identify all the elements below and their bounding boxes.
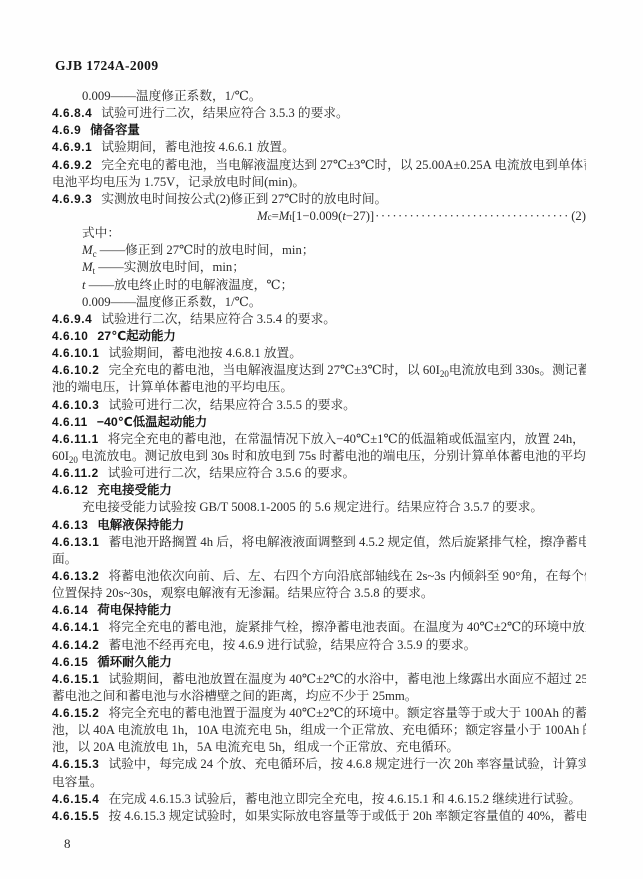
equation-number: (2) [571, 208, 586, 225]
text-segment: 将完全充电的蓄电池，旋紧排气栓，擦净蓄电池表面。在温度为 40℃±2℃的环境中放… [108, 620, 586, 634]
text-line: 4.6.13电解液保持能力 [52, 517, 586, 534]
text-line: 4.6.9储备容量 [52, 122, 586, 139]
text-line: 池，以 20A 电流放电 1h，5A 电流充电 5h，组成一个正常放、充电循环。 [52, 739, 586, 756]
text-segment: 电流放电。测记放电到 30s 时和放电到 75s 时蓄电池的端电压，分别计算单体… [78, 449, 586, 463]
text-segment: 位置保持 20s~30s，观察电解液有无渗漏。结果应符合 3.5.8 的要求。 [52, 586, 434, 600]
clause-number: 4.6.11.1 [52, 432, 99, 446]
clause-number: 4.6.15.5 [52, 809, 99, 823]
text-line: 4.6.9.2完全充电的蓄电池，当电解液温度达到 27℃±3℃时，以 25.00… [52, 157, 586, 174]
heading-text: 荷电保持能力 [97, 603, 171, 617]
text-segment: 按 4.6.15.3 规定试验时，如果实际放电容量等于或低于 20h 率额定容量… [108, 809, 586, 823]
text-segment: 蓄电池之间和蓄电池与水浴槽壁之间的距离，均应不少于 25mm。 [52, 689, 417, 703]
text-line: 0.009——温度修正系数，1/℃。 [52, 294, 586, 311]
clause-number: 4.6.15.4 [52, 792, 99, 806]
text-segment: 池，以 20A 电流放电 1h，5A 电流充电 5h，组成一个正常放、充电循环。 [52, 740, 459, 754]
text-segment: 电容量。 [52, 775, 103, 789]
clause-number: 4.6.13.2 [52, 569, 99, 583]
clause-number: 4.6.9 [52, 123, 81, 137]
text-line: 4.6.10.2完全充电的蓄电池，当电解液温度达到 27℃±3℃时，以 60I2… [52, 362, 586, 379]
clause-number: 4.6.14 [52, 603, 88, 617]
subscript: 20 [440, 369, 449, 379]
text-segment: 蓄电池开路搁置 4h 后，将电解液液面调整到 4.5.2 规定值，然后旋紧排气栓… [108, 535, 586, 549]
text-line: 4.6.14荷电保持能力 [52, 602, 586, 619]
text-line: 4.6.10.3试验可进行二次，结果应符合 3.5.5 的要求。 [52, 397, 586, 414]
text-line: 式中： [52, 225, 586, 242]
text-line: 4.6.15.5按 4.6.15.3 规定试验时，如果实际放电容量等于或低于 2… [52, 808, 586, 825]
text-segment: −27)] [346, 208, 374, 225]
clause-number: 4.6.15.3 [52, 757, 99, 771]
text-segment: 试验可进行二次，结果应符合 3.5.6 的要求。 [108, 466, 355, 480]
variable-symbol: M [82, 243, 93, 257]
heading-text: 充电接受能力 [97, 483, 171, 497]
text-line: 60I20 电流放电。测记放电到 30s 时和放电到 75s 时蓄电池的端电压，… [52, 448, 586, 465]
clause-number: 4.6.8.4 [52, 106, 92, 120]
text-segment: 试验可进行二次，结果应符合 3.5.5 的要求。 [108, 398, 355, 412]
clause-number: 4.6.15 [52, 655, 88, 669]
text-line: 面。 [52, 551, 586, 568]
text-segment: 0.009——温度修正系数，1/℃。 [82, 295, 261, 309]
text-line: 电池平均电压为 1.75V，记录放电时间(min)。 [52, 174, 586, 191]
text-line: 池，以 40A 电流放电 1h，10A 电流充电 5h，组成一个正常放、充电循环… [52, 722, 586, 739]
text-segment: 0.009——温度修正系数，1/℃。 [82, 89, 261, 103]
text-line: 电容量。 [52, 774, 586, 791]
text-line: t ——放电终止时的电解液温度，℃； [52, 277, 586, 294]
text-line: 4.6.9.3实测放电时间按公式(2)修正到 27℃时的放电时间。 [52, 191, 586, 208]
heading-text: 27℃起动能力 [97, 329, 175, 343]
text-line: 充电接受能力试验按 GB/T 5008.1-2005 的 5.6 规定进行。结果… [52, 499, 586, 516]
formula-line: Mc=Mt[1−0.009(t−27)]····················… [52, 208, 586, 225]
text-line: 4.6.13.2将蓄电池依次向前、后、左、右四个方向沿底部轴线在 2s~3s 内… [52, 568, 586, 585]
text-segment: 电池平均电压为 1.75V，记录放电时间(min)。 [52, 175, 305, 189]
text-segment: 在完成 4.6.15.3 试验后，蓄电池立即完全充电，按 4.6.15.1 和 … [108, 792, 581, 806]
text-segment: [1−0.009( [292, 208, 343, 225]
clause-number: 4.6.11.2 [52, 466, 99, 480]
text-segment: 蓄电池不经再充电，按 4.6.9 进行试验，结果应符合 3.5.9 的要求。 [108, 638, 476, 652]
text-line: Mc ——修正到 27℃时的放电时间，min； [52, 242, 586, 259]
clause-number: 4.6.13 [52, 518, 88, 532]
text-line: 4.6.12充电接受能力 [52, 482, 586, 499]
text-line: 4.6.15.3试验中，每完成 24 个放、充电循环后，按 4.6.8 规定进行… [52, 756, 586, 773]
clause-number: 4.6.9.3 [52, 192, 92, 206]
text-line: 4.6.14.1将完全充电的蓄电池，旋紧排气栓，擦净蓄电池表面。在温度为 40℃… [52, 619, 586, 636]
text-line: 0.009——温度修正系数，1/℃。 [52, 88, 586, 105]
text-segment: 将完全充电的蓄电池置于温度为 40℃±2℃的环境中。额定容量等于或大于 100A… [108, 706, 586, 720]
page-number: 8 [64, 836, 71, 852]
text-segment: = [272, 208, 279, 225]
text-line: 4.6.14.2蓄电池不经再充电，按 4.6.9 进行试验，结果应符合 3.5.… [52, 637, 586, 654]
text-segment: 试验中，每完成 24 个放、充电循环后，按 4.6.8 规定进行一次 20h 率… [108, 757, 586, 771]
text-segment: 试验进行二次，结果应符合 3.5.4 的要求。 [101, 312, 336, 326]
text-line: 4.6.8.4试验可进行二次，结果应符合 3.5.3 的要求。 [52, 105, 586, 122]
text-line: 蓄电池之间和蓄电池与水浴槽壁之间的距离，均应不少于 25mm。 [52, 688, 586, 705]
text-line: 4.6.15.4在完成 4.6.15.3 试验后，蓄电池立即完全充电，按 4.6… [52, 791, 586, 808]
text-line: 4.6.11.1将完全充电的蓄电池，在常温情况下放入−40℃±1℃的低温箱或低温… [52, 431, 586, 448]
text-line: 4.6.9.4试验进行二次，结果应符合 3.5.4 的要求。 [52, 311, 586, 328]
clause-number: 4.6.10.3 [52, 398, 99, 412]
variable-symbol: M [82, 260, 93, 274]
text-line: Mt ——实测放电时间，min； [52, 259, 586, 276]
text-segment: 实测放电时间按公式(2)修正到 27℃时的放电时间。 [101, 192, 387, 206]
heading-text: −40℃低温起动能力 [97, 415, 207, 429]
text-line: 4.6.15循环耐久能力 [52, 654, 586, 671]
clause-number: 4.6.9.4 [52, 312, 92, 326]
dot-leader: ········································… [375, 208, 570, 225]
text-segment: 试验可进行二次，结果应符合 3.5.3 的要求。 [101, 106, 348, 120]
text-segment: ——修正到 27℃时的放电时间，min； [97, 243, 315, 257]
text-segment: 试验期间，蓄电池按 4.6.8.1 放置。 [108, 346, 301, 360]
clause-number: 4.6.10.1 [52, 346, 99, 360]
variable-symbol: M [257, 208, 268, 225]
text-line: 池的端电压，计算单体蓄电池的平均电压。 [52, 379, 586, 396]
text-segment: 电流放电到 330s。测记蓄电 [449, 363, 586, 377]
heading-text: 电解液保持能力 [97, 518, 184, 532]
text-segment: 面。 [52, 552, 77, 566]
text-segment: 池的端电压，计算单体蓄电池的平均电压。 [52, 380, 293, 394]
text-segment: 完全充电的蓄电池，当电解液温度达到 27℃±3℃时，以 60I [108, 363, 439, 377]
text-segment: 试验期间，蓄电池按 4.6.6.1 放置。 [101, 140, 294, 154]
clause-number: 4.6.15.1 [52, 672, 99, 686]
heading-text: 循环耐久能力 [97, 655, 171, 669]
document-page: GJB 1724A-2009 0.009——温度修正系数，1/℃。4.6.8.4… [0, 0, 643, 879]
text-line: 4.6.15.2将完全充电的蓄电池置于温度为 40℃±2℃的环境中。额定容量等于… [52, 705, 586, 722]
clause-number: 4.6.15.2 [52, 706, 99, 720]
text-line: 4.6.9.1试验期间，蓄电池按 4.6.6.1 放置。 [52, 139, 586, 156]
text-segment: 60I [52, 449, 69, 463]
heading-text: 储备容量 [90, 123, 140, 137]
text-segment: 池，以 40A 电流放电 1h，10A 电流充电 5h，组成一个正常放、充电循环… [52, 723, 586, 737]
text-line: 4.6.10.1试验期间，蓄电池按 4.6.8.1 放置。 [52, 345, 586, 362]
clause-number: 4.6.10.2 [52, 363, 99, 377]
text-line: 4.6.15.1试验期间，蓄电池放置在温度为 40℃±2℃的水浴中，蓄电池上缘露… [52, 671, 586, 688]
standard-number-header: GJB 1724A-2009 [55, 58, 158, 74]
clause-number: 4.6.13.1 [52, 535, 99, 549]
clause-number: 4.6.9.1 [52, 140, 92, 154]
text-segment: ——放电终止时的电解液温度，℃； [86, 278, 294, 292]
text-segment: 完全充电的蓄电池，当电解液温度达到 27℃±3℃时，以 25.00A±0.25A… [101, 158, 586, 172]
text-segment: 式中： [82, 226, 120, 240]
text-line: 4.6.11−40℃低温起动能力 [52, 414, 586, 431]
text-segment: 将完全充电的蓄电池，在常温情况下放入−40℃±1℃的低温箱或低温室内，放置 24… [108, 432, 586, 446]
text-segment: 试验期间，蓄电池放置在温度为 40℃±2℃的水浴中，蓄电池上缘露出水面应不超过 … [108, 672, 586, 686]
clause-number: 4.6.9.2 [52, 158, 92, 172]
clause-number: 4.6.10 [52, 329, 88, 343]
clause-number: 4.6.12 [52, 483, 88, 497]
text-line: 4.6.13.1蓄电池开路搁置 4h 后，将电解液液面调整到 4.5.2 规定值… [52, 534, 586, 551]
clause-number: 4.6.11 [52, 415, 88, 429]
clause-number: 4.6.14.1 [52, 620, 99, 634]
document-body: 0.009——温度修正系数，1/℃。4.6.8.4试验可进行二次，结果应符合 3… [52, 88, 586, 825]
text-line: 位置保持 20s~30s，观察电解液有无渗漏。结果应符合 3.5.8 的要求。 [52, 585, 586, 602]
text-segment: 充电接受能力试验按 GB/T 5008.1-2005 的 5.6 规定进行。结果… [82, 500, 543, 514]
text-line: 4.6.1027℃起动能力 [52, 328, 586, 345]
subscript: 20 [69, 455, 78, 465]
text-line: 4.6.11.2试验可进行二次，结果应符合 3.5.6 的要求。 [52, 465, 586, 482]
text-segment: 将蓄电池依次向前、后、左、右四个方向沿底部轴线在 2s~3s 内倾斜至 90°角… [108, 569, 586, 583]
variable-symbol: M [279, 208, 290, 225]
text-segment: ——实测放电时间，min； [95, 260, 245, 274]
clause-number: 4.6.14.2 [52, 638, 99, 652]
